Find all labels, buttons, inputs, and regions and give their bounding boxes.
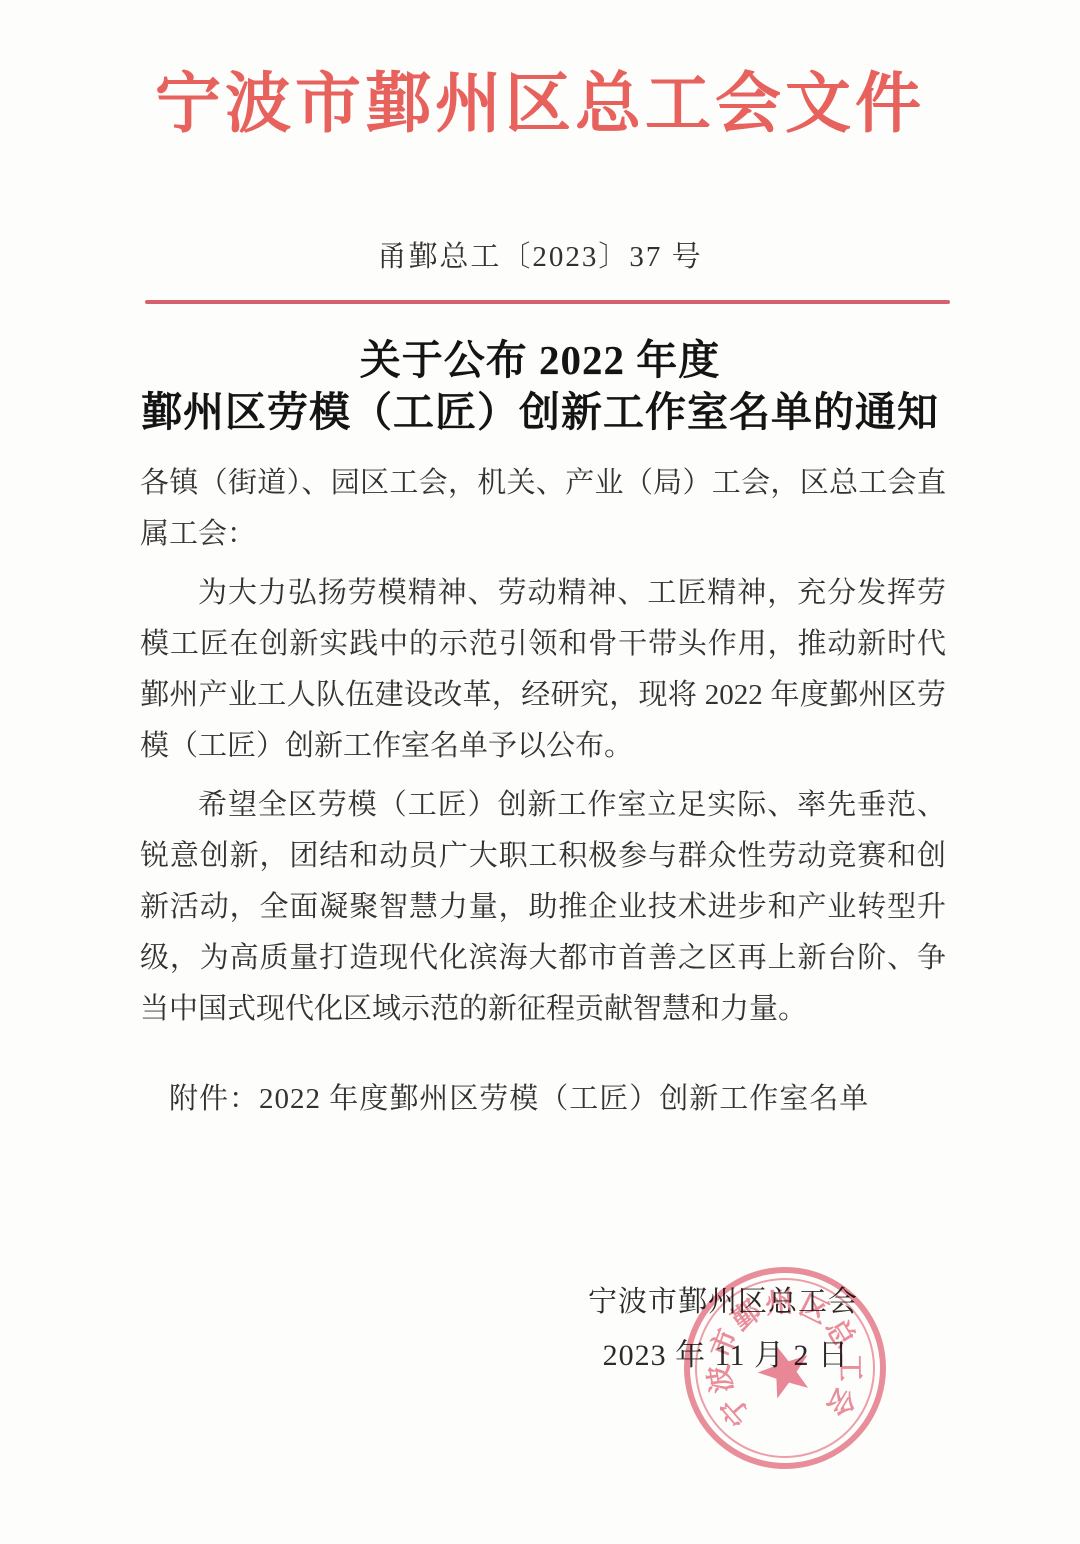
document-title-line2: 鄞州区劳模（工匠）创新工作室名单的通知: [0, 386, 1080, 438]
document-header-banner: 宁波市鄞州区总工会文件: [0, 50, 1080, 145]
document-title: 关于公布 2022 年度 鄞州区劳模（工匠）创新工作室名单的通知: [0, 334, 1080, 438]
seal-character: 州: [763, 1280, 794, 1322]
official-document-page: 宁波市鄞州区总工会文件 甬鄞总工〔2023〕37 号 关于公布 2022 年度 …: [0, 0, 1080, 1544]
seal-character: 工: [832, 1353, 872, 1381]
body-paragraph-1: 为大力弘扬劳模精神、劳动精神、工匠精神，充分发挥劳模工匠在创新实践中的示范引领和…: [140, 568, 946, 772]
seal-character: 波: [697, 1362, 741, 1396]
official-seal: 宁波市鄞州区总工会: [676, 1259, 895, 1478]
attachment-line: 附件：2022 年度鄞州区劳模（工匠）创新工作室名单: [140, 1076, 946, 1117]
red-divider-rule: [145, 300, 950, 304]
document-title-line1: 关于公布 2022 年度: [0, 334, 1080, 386]
seal-character: 宁: [710, 1388, 759, 1435]
document-number: 甬鄞总工〔2023〕37 号: [0, 234, 1080, 275]
salutation-line: 各镇（街道）、园区工会，机关、产业（局）工会，区总工会直属工会：: [140, 458, 946, 560]
body-paragraph-2: 希望全区劳模（工匠）创新工作室立足实际、率先垂范、锐意创新，团结和动员广大职工积…: [140, 780, 946, 1035]
document-body: 各镇（街道）、园区工会，机关、产业（局）工会，区总工会直属工会： 为大力弘扬劳模…: [140, 458, 946, 1035]
